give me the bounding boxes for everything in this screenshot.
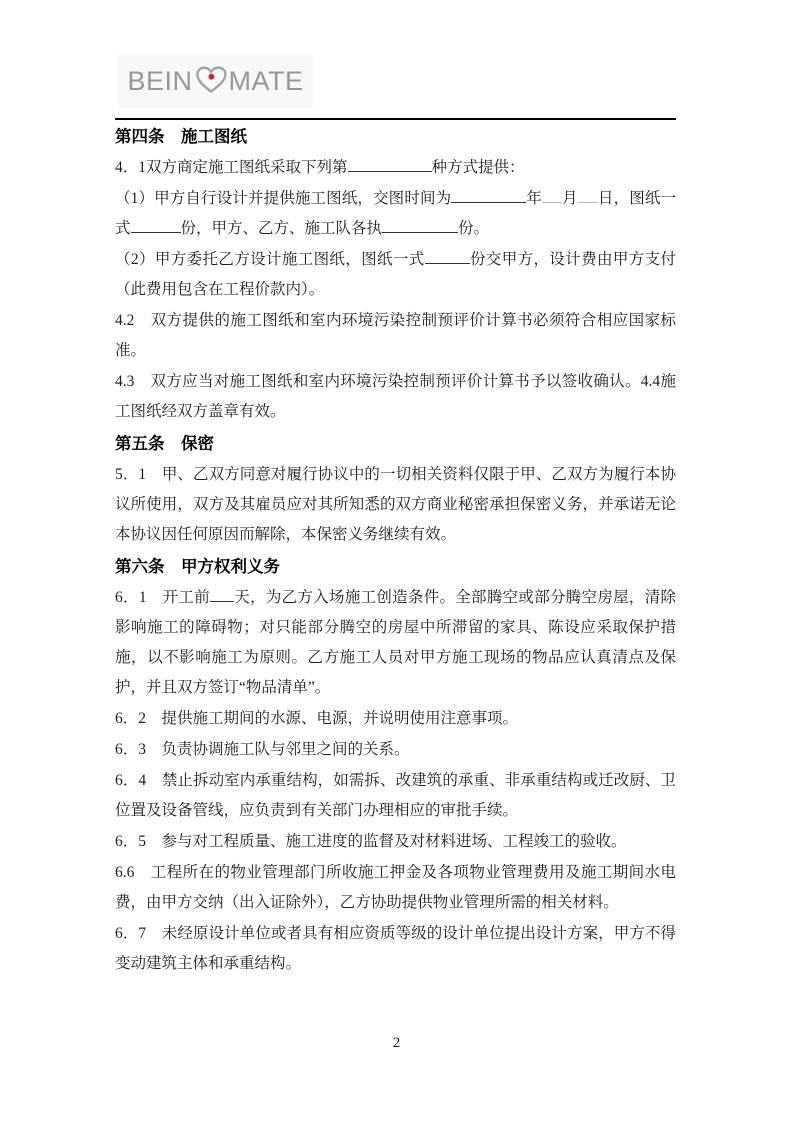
text-run: 4.2 双方提供的施工图纸和室内环境污染控制预评价计算书必须符合相应国家标准。: [115, 312, 676, 359]
text-run: 4.3 双方应当对施工图纸和室内环境污染控制预评价计算书予以签收确认。4.4施工…: [115, 373, 676, 420]
text-run: 年: [526, 190, 542, 207]
text-run: 第六条 甲方权利义务: [115, 557, 280, 576]
paragraph: 4.2 双方提供的施工图纸和室内环境污染控制预评价计算书必须符合相应国家标准。: [115, 306, 676, 366]
paragraph: （2）甲方委托乙方设计施工图纸，图纸一式份交甲方，设计费由甲方支付（此费用包含在…: [115, 245, 676, 305]
article-heading: 第六条 甲方权利义务: [115, 551, 676, 582]
text-run: 份，甲方、乙方、施工队各执: [181, 220, 383, 237]
logo-text-mate: MATE: [229, 68, 304, 95]
paragraph: 4．1双方商定施工图纸采取下列第种方式提供：: [115, 153, 676, 183]
blank-underline: [542, 187, 562, 204]
blank-underline: [348, 156, 432, 173]
text-run: 6.6 工程所在的物业管理部门所收施工押金及各项物业管理费用及施工期间水电费，由…: [115, 864, 676, 911]
document-body: 第四条 施工图纸4．1双方商定施工图纸采取下列第种方式提供：（1）甲方自行设计并…: [115, 121, 676, 980]
document-page: { "logo": { "part1": "BEIN", "part2": "M…: [0, 0, 793, 1122]
blank-underline: [210, 586, 234, 603]
logo-text-bein: BEIN: [127, 68, 192, 95]
text-run: 月: [562, 190, 578, 207]
article-heading: 第四条 施工图纸: [115, 121, 676, 152]
text-run: （2）甲方委托乙方设计施工图纸，图纸一式: [115, 251, 425, 268]
beingmate-logo: BEIN MATE: [118, 54, 313, 108]
text-run: （1）甲方自行设计并提供施工图纸，交图时间为: [115, 190, 451, 207]
text-run: 6．7 未经原设计单位或者具有相应资质等级的设计单位提出设计方案，甲方不得变动建…: [115, 925, 676, 972]
text-run: 6．4 禁止拆动室内承重结构，如需拆、改建筑的承重、非承重结构或迁改厨、卫位置及…: [115, 772, 676, 819]
text-run: 种方式提供：: [432, 159, 525, 176]
blank-underline: [131, 217, 181, 234]
text-run: 第四条 施工图纸: [115, 127, 247, 146]
text-run: 6．1 开工前: [115, 589, 210, 606]
paragraph: （1）甲方自行设计并提供施工图纸，交图时间为年月日，图纸一式份，甲方、乙方、施工…: [115, 184, 676, 244]
blank-underline: [578, 187, 598, 204]
text-run: 份。: [458, 220, 489, 237]
text-run: 6．3 负责协调施工队与邻里之间的关系。: [115, 741, 410, 758]
blank-underline: [451, 187, 526, 204]
paragraph: 5．1 甲、乙双方同意对履行协议中的一切相关资料仅限于甲、乙双方为履行本协议所使…: [115, 460, 676, 550]
text-run: 6．2 提供施工期间的水源、电源，并说明使用注意事项。: [115, 710, 518, 727]
page-number: 2: [0, 1035, 793, 1052]
paragraph: 6．3 负责协调施工队与邻里之间的关系。: [115, 735, 676, 765]
paragraph: 6．2 提供施工期间的水源、电源，并说明使用注意事项。: [115, 704, 676, 734]
text-run: 第五条 保密: [115, 434, 214, 453]
text-run: 4．1双方商定施工图纸采取下列第: [115, 159, 348, 176]
paragraph: 6．4 禁止拆动室内承重结构，如需拆、改建筑的承重、非承重结构或迁改厨、卫位置及…: [115, 766, 676, 826]
paragraph: 6．7 未经原设计单位或者具有相应资质等级的设计单位提出设计方案，甲方不得变动建…: [115, 919, 676, 979]
header-divider: [115, 118, 676, 120]
article-heading: 第五条 保密: [115, 428, 676, 459]
paragraph: 4.3 双方应当对施工图纸和室内环境污染控制预评价计算书予以签收确认。4.4施工…: [115, 367, 676, 427]
blank-underline: [425, 248, 470, 265]
paragraph: 6．1 开工前天，为乙方入场施工创造条件。全部腾空或部分腾空房屋，清除影响施工的…: [115, 583, 676, 703]
text-run: 6．5 参与对工程质量、施工进度的监督及对材料进场、工程竣工的验收。: [115, 833, 627, 850]
heart-logo-icon: [194, 65, 228, 96]
text-run: 5．1 甲、乙双方同意对履行协议中的一切相关资料仅限于甲、乙双方为履行本协议所使…: [115, 466, 676, 543]
paragraph: 6.6 工程所在的物业管理部门所收施工押金及各项物业管理费用及施工期间水电费，由…: [115, 858, 676, 918]
blank-underline: [382, 217, 458, 234]
paragraph: 6．5 参与对工程质量、施工进度的监督及对材料进场、工程竣工的验收。: [115, 827, 676, 857]
